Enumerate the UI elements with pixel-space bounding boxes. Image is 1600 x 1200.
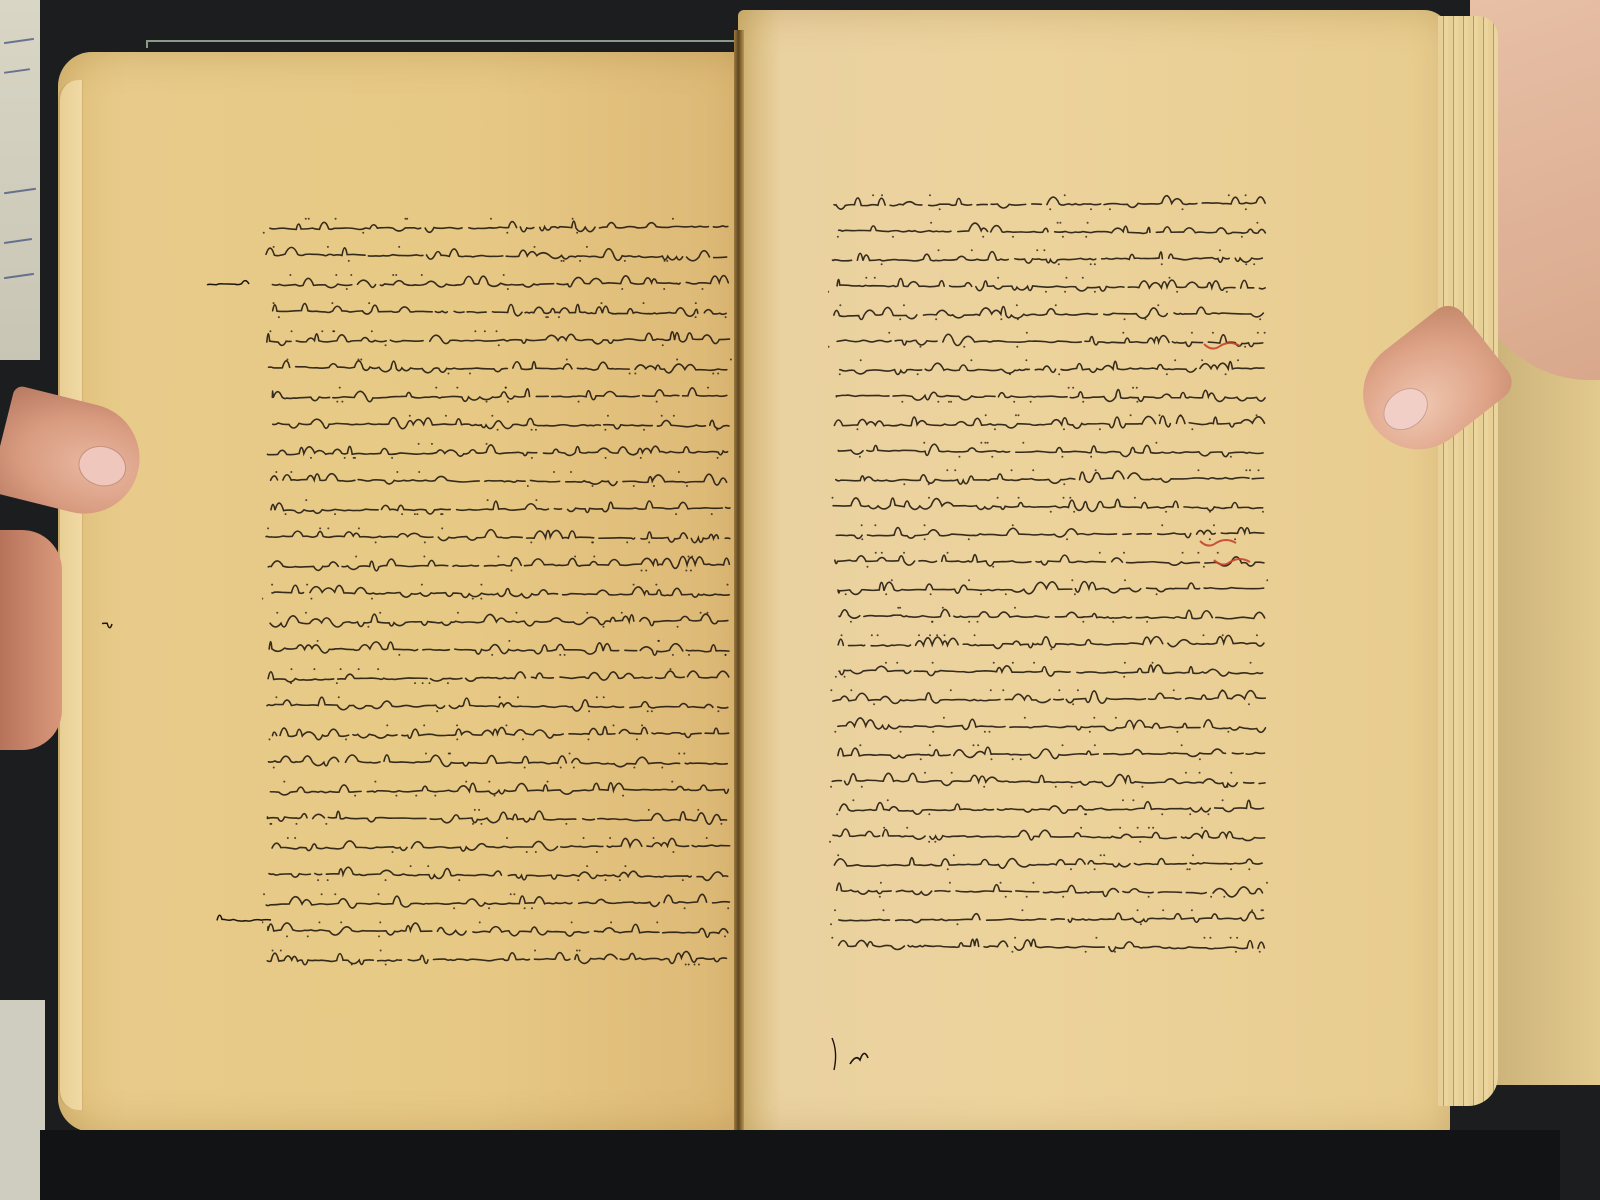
- photo-scene: [0, 0, 1600, 1200]
- marginal-note: [215, 908, 273, 924]
- marginal-mark: [100, 612, 114, 628]
- right-page-text-block: [828, 185, 1268, 955]
- background-table-surface: [0, 1000, 45, 1200]
- left-page-text-block: [262, 208, 732, 968]
- right-page-edges: [1438, 16, 1498, 1106]
- mat-frame-edge: [146, 40, 790, 48]
- marginal-note: [205, 272, 251, 288]
- foliation-mark: [826, 1034, 876, 1050]
- background-document: [0, 0, 40, 360]
- book-cover-bottom: [40, 1130, 1560, 1200]
- book-gutter: [734, 30, 744, 1130]
- left-fingers: [0, 530, 62, 750]
